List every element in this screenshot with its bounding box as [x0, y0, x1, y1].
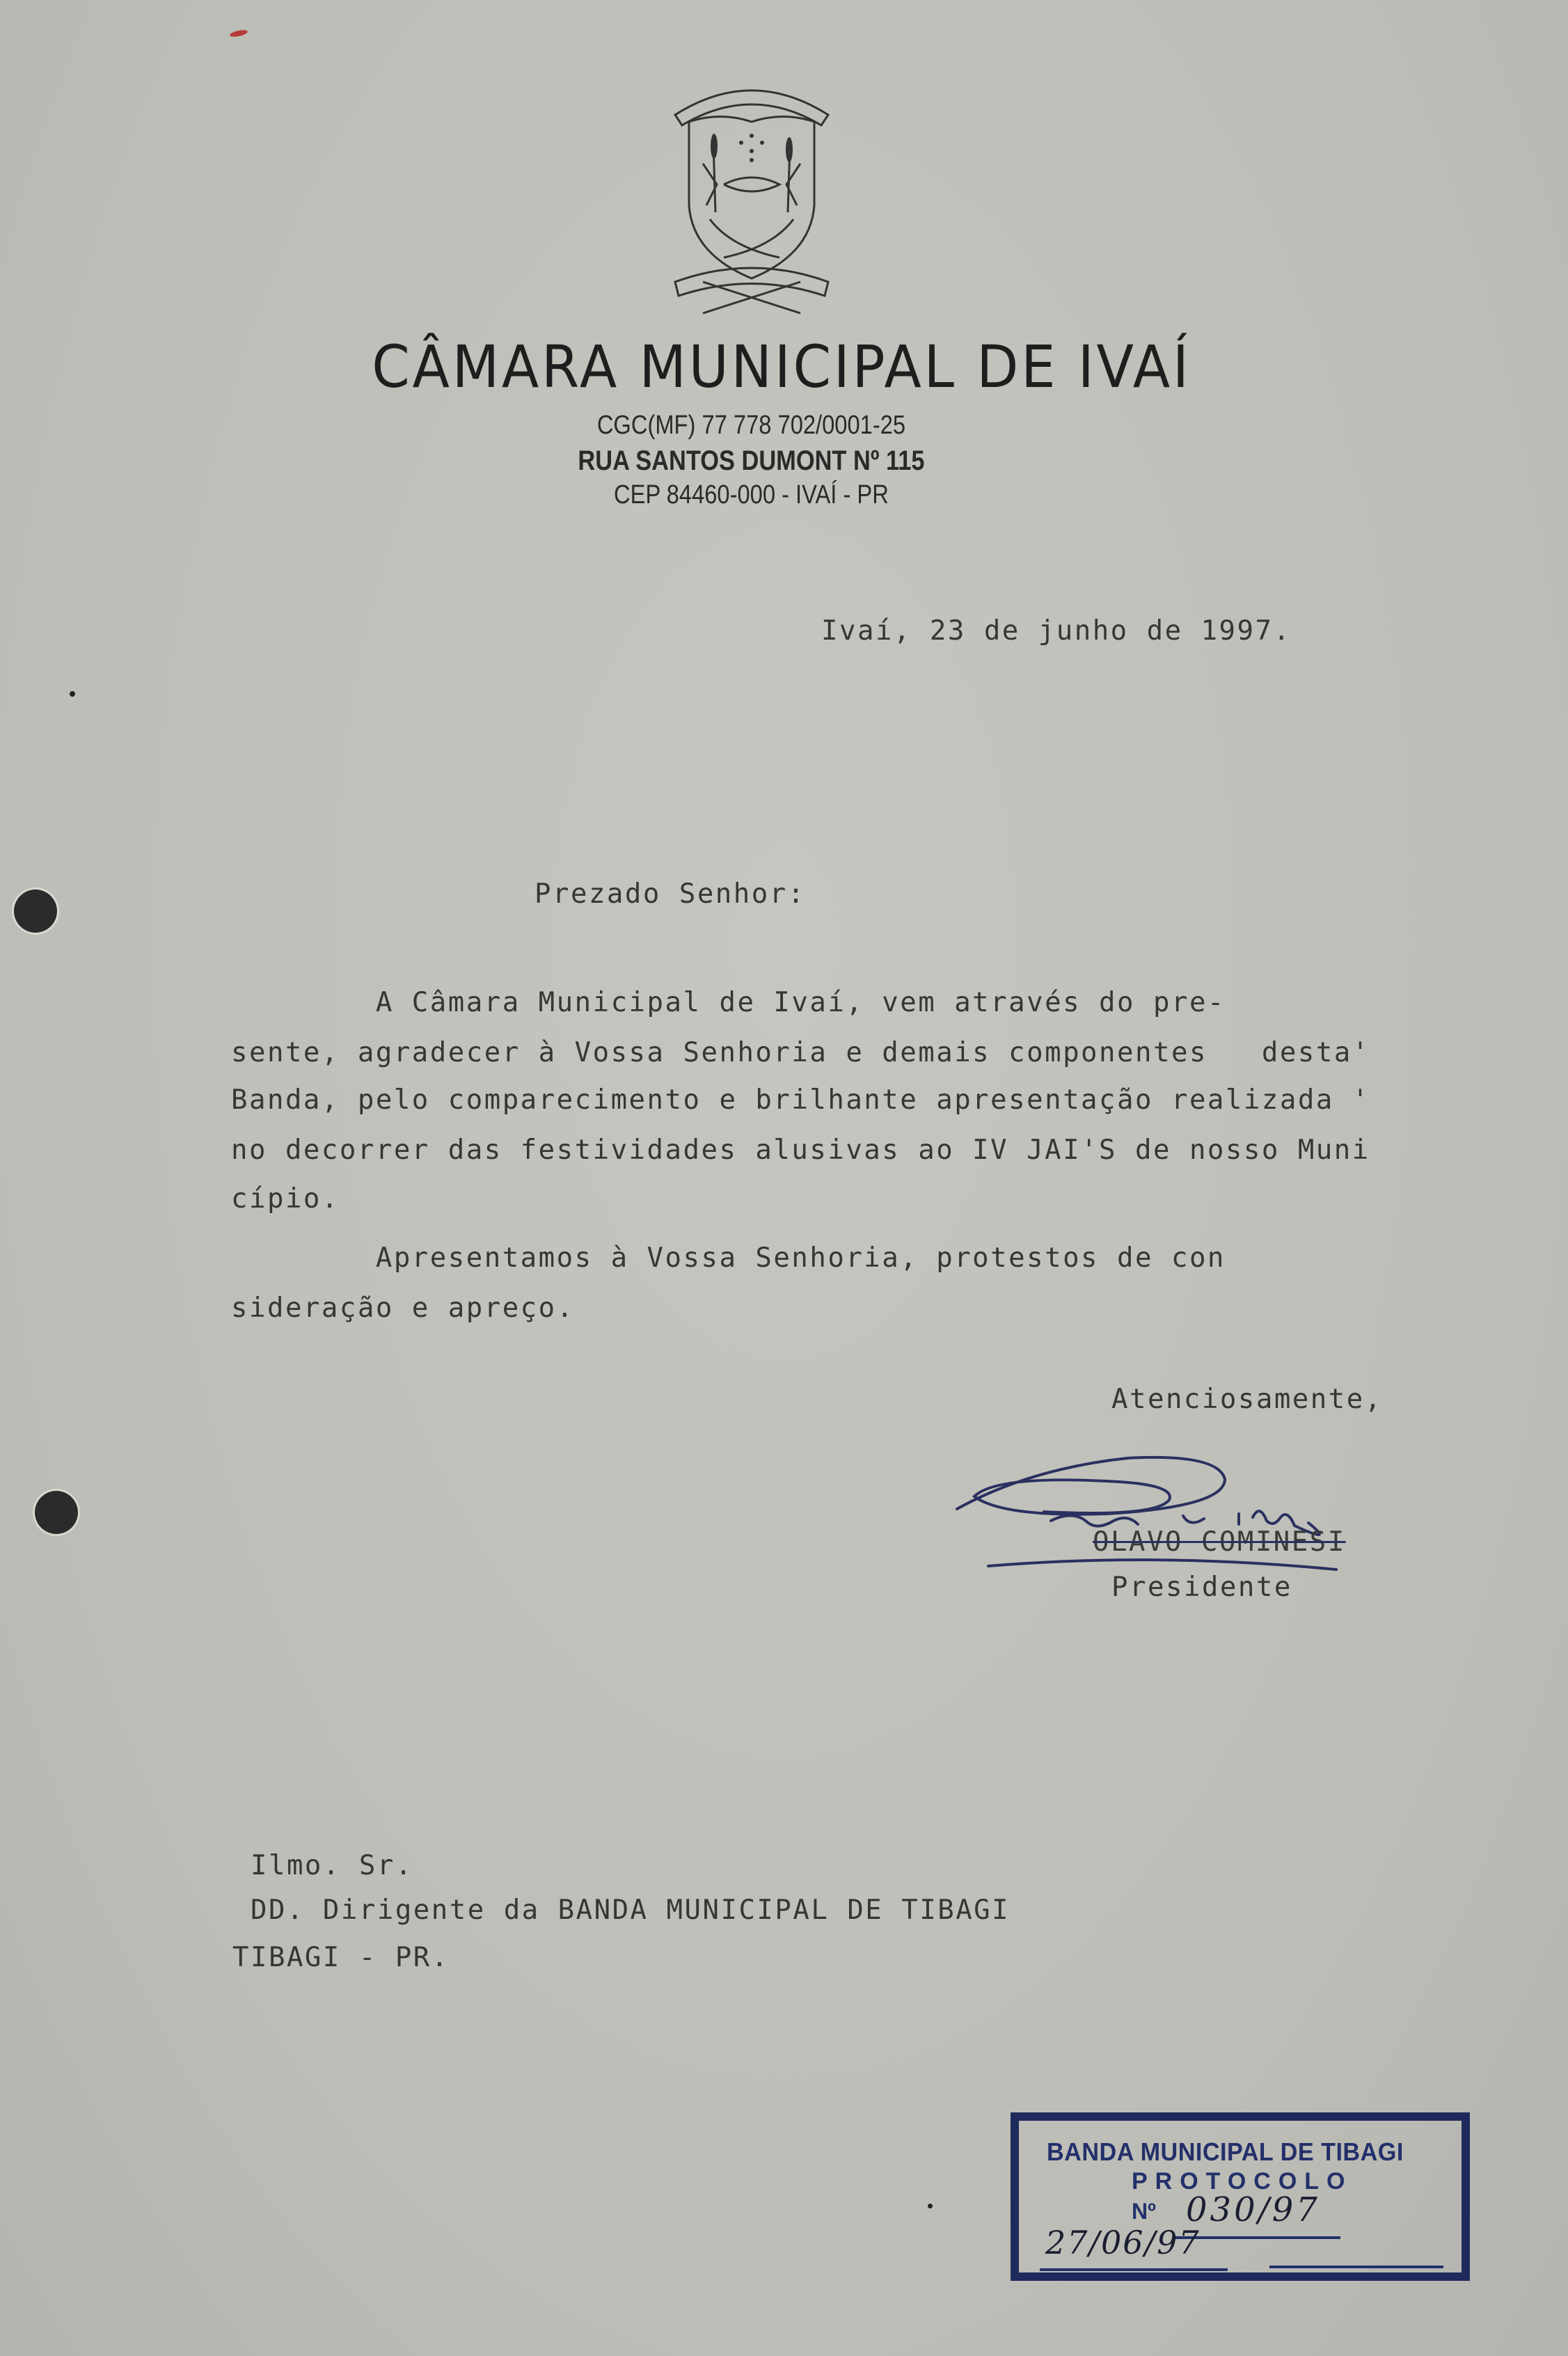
stamp-number-label: Nº: [1132, 2199, 1156, 2224]
stamp-underline: [1269, 2266, 1443, 2268]
stamp-header: BANDA MUNICIPAL DE TIBAGI: [1047, 2137, 1404, 2167]
org-cgc: CGC(MF) 77 778 702/0001-25: [105, 411, 1398, 441]
place-date: Ivaí, 23 de junho de 1997.: [821, 615, 1291, 647]
salutation: Prezado Senhor:: [534, 878, 806, 910]
protocol-stamp: BANDA MUNICIPAL DE TIBAGI PROTOCOLO Nº 0…: [1011, 2112, 1470, 2281]
paragraph1-line: cípio.: [231, 1183, 340, 1215]
signatory-title: Presidente: [1111, 1572, 1292, 1603]
org-address: RUA SANTOS DUMONT Nº 115: [105, 445, 1398, 477]
stamp-number-value: 030/97: [1186, 2190, 1320, 2229]
paragraph1-line: no decorrer das festividades alusivas ao…: [231, 1134, 1370, 1166]
punch-hole: [35, 1491, 78, 1534]
handwritten-signature: [947, 1427, 1420, 1587]
closing: Atenciosamente,: [1111, 1384, 1383, 1415]
municipal-coat-of-arms-icon: [661, 73, 842, 320]
recipient-line: TIBAGI - PR.: [232, 1942, 450, 1973]
signatory-name: OLAVO COMINESI: [1093, 1526, 1346, 1558]
paragraph2-line: Apresentamos à Vossa Senhoria, protestos…: [231, 1242, 1226, 1274]
paper-speck: [928, 2204, 933, 2208]
stamp-date-value: 27/06/97: [1045, 2224, 1201, 2261]
paper-speck: [70, 691, 75, 697]
org-name: CÂMARA MUNICIPAL DE IVAÍ: [52, 333, 1510, 401]
paragraph1-line: Banda, pelo comparecimento e brilhante a…: [231, 1084, 1370, 1116]
recipient-line: Ilmo. Sr.: [232, 1850, 413, 1881]
paragraph1-line: A Câmara Municipal de Ivaí, vem através …: [231, 987, 1226, 1018]
recipient-line: DD. Dirigente da BANDA MUNICIPAL DE TIBA…: [232, 1895, 1010, 1926]
paragraph1-line: sente, agradecer à Vossa Senhoria e dema…: [231, 1037, 1370, 1068]
punch-hole: [14, 890, 57, 933]
paragraph2-line: sideração e apreço.: [231, 1292, 575, 1324]
org-cep-city: CEP 84460-000 - IVAÍ - PR: [105, 480, 1398, 510]
stamp-underline: [1040, 2268, 1228, 2271]
